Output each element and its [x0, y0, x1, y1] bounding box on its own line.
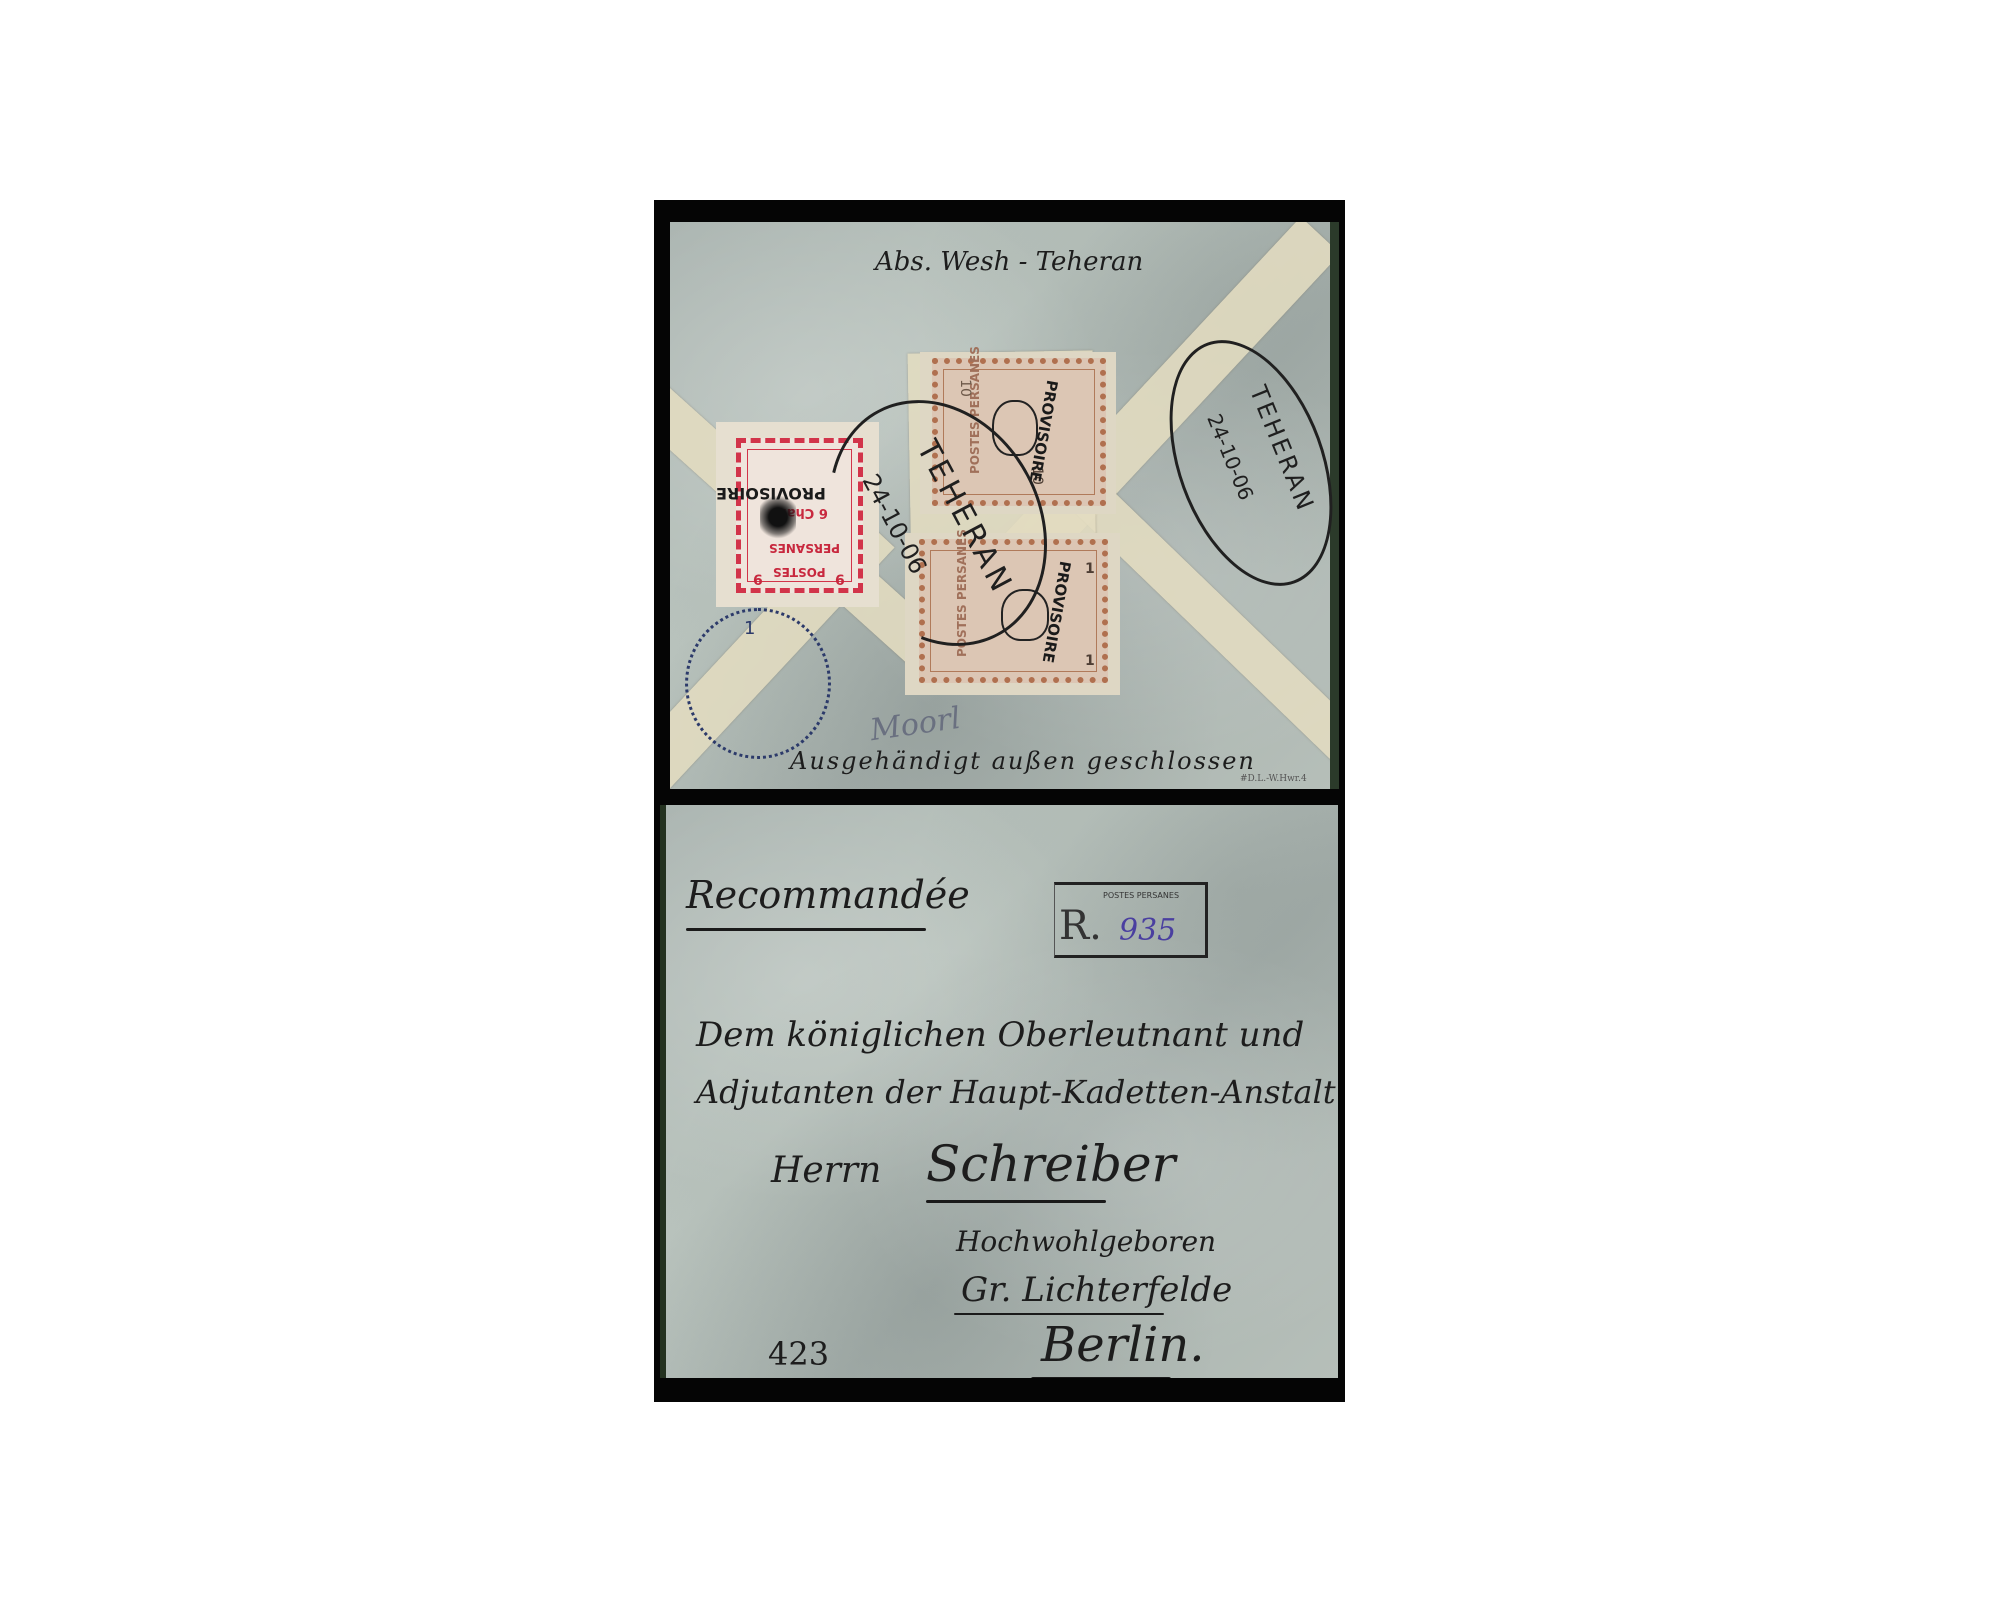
- address-line-district: Gr. Lichterfelde: [961, 1270, 1232, 1310]
- sender-note: Abs. Wesh - Teheran: [875, 247, 1143, 277]
- address-line-city: Berlin.: [1041, 1317, 1205, 1373]
- city-underline: [1031, 1377, 1171, 1378]
- registration-stamp: POSTES PERSANES R. 935: [1054, 882, 1208, 958]
- lion-emblem-overprint: [760, 492, 796, 542]
- registration-underline: [686, 928, 926, 931]
- delivery-note: Ausgehändigt außen geschlossen: [790, 747, 1256, 775]
- stamp-text-persanes: PERSANES: [769, 541, 840, 555]
- postmark-berlin-arrival: [685, 608, 831, 759]
- address-line-1: Dem königlichen Oberleutnant und: [696, 1015, 1304, 1055]
- name-underline: [926, 1200, 1106, 1203]
- registration-label: Recommandée: [686, 873, 970, 917]
- address-line-honorific: Hochwohlgeboren: [956, 1225, 1216, 1258]
- stamp-numeral-bl: 6: [753, 573, 763, 589]
- address-line-2: Adjutanten der Haupt-Kadetten-Anstalt: [696, 1073, 1336, 1111]
- stamp-denomination-bottom: 1: [1085, 653, 1095, 669]
- stamp-denomination-top: 1: [1085, 561, 1095, 577]
- stamp-numeral-br: 6: [835, 573, 845, 589]
- registration-number: 935: [1119, 913, 1176, 948]
- docket-number: 423: [768, 1335, 829, 1373]
- envelope-front: Recommandée Dem königlichen Oberleutnant…: [660, 805, 1338, 1378]
- district-underline: [954, 1313, 1164, 1315]
- corner-small-print: #D.L.-W.Hwr.4: [1240, 774, 1307, 784]
- postmark-arrival-text: 1: [744, 618, 755, 639]
- addressee-name: Schreiber: [926, 1135, 1175, 1193]
- blue-pencil-note: Moorl: [868, 701, 963, 748]
- stamp-text-postes: POSTES: [773, 565, 826, 579]
- registration-stamp-header: POSTES PERSANES: [1103, 891, 1179, 900]
- registration-letter: R.: [1059, 903, 1102, 949]
- address-line-3: Herrn: [771, 1150, 881, 1191]
- stamp-denomination-top: 10: [957, 379, 973, 397]
